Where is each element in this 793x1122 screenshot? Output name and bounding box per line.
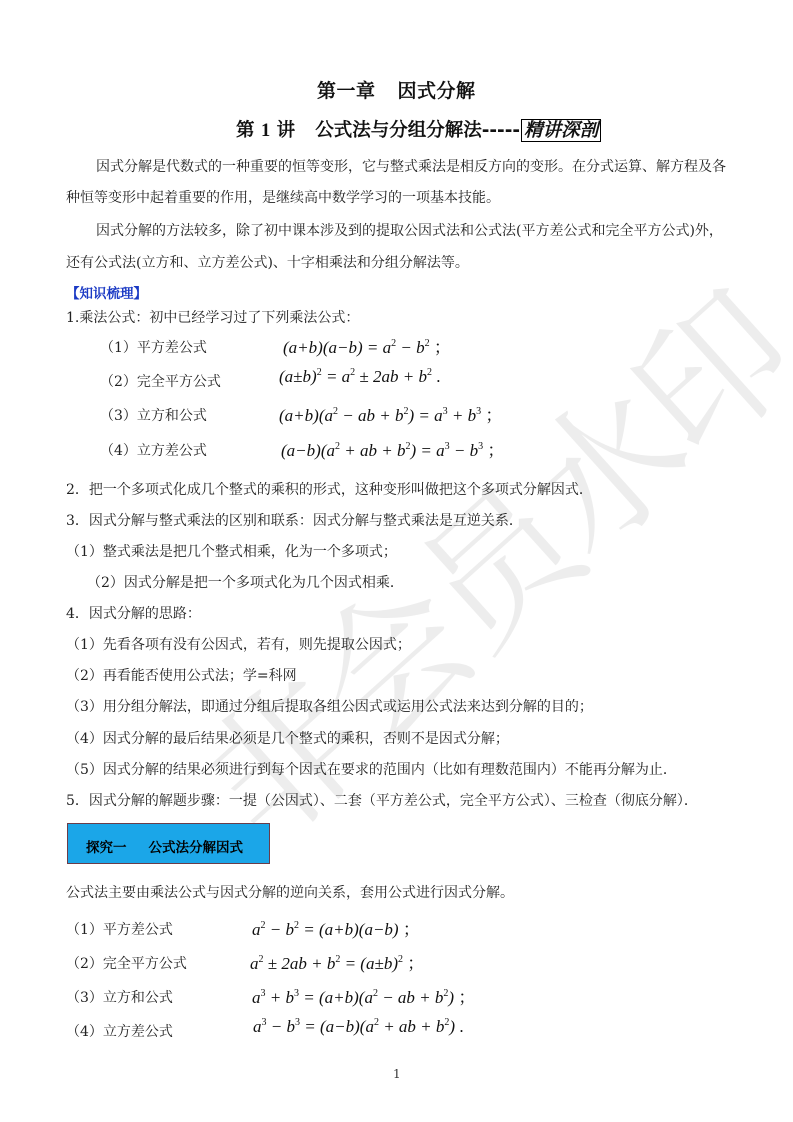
intro-p1-line1: 因式分解是代数式的一种重要的恒等变形，它与整式乘法是相反方向的变形。在分式运算、… bbox=[96, 156, 726, 176]
section-header-label: 探究一公式法分解因式 bbox=[86, 836, 243, 856]
formula-label: （3）立方和公式 bbox=[66, 987, 173, 1007]
section-number: 探究一 bbox=[86, 840, 127, 856]
item2: 2．把一个多项式化成几个整式的乘积的形式，这种变形叫做把这个多项式分解因式． bbox=[66, 479, 593, 499]
chapter-name: 因式分解 bbox=[398, 80, 476, 102]
item4-sub: （5）因式分解的结果必须进行到每个因式在要求的范围内（比如有理数范围内）不能再分… bbox=[66, 759, 677, 779]
section-title: 公式法分解因式 bbox=[149, 840, 244, 856]
lecture-main-title: 公式法与分组分解法----- bbox=[315, 120, 520, 141]
item1-title: 1.乘法公式：初中已经学习过了下列乘法公式： bbox=[66, 307, 359, 327]
item3-title: 3．因式分解与整式乘法的区别和联系：因式分解与整式乘法是互逆关系． bbox=[66, 510, 523, 530]
page-number: 1 bbox=[393, 1067, 401, 1081]
formula-label: （2）完全平方公式 bbox=[100, 371, 221, 391]
formula-expression: (a−b)(a2 + ab + b2) = a3 − b3 ； bbox=[281, 436, 504, 461]
chapter-title: 第一章因式分解 bbox=[317, 76, 476, 103]
formula-expression: a3 + b3 = (a+b)(a2 − ab + b2) ； bbox=[252, 983, 475, 1008]
formula-expression: (a+b)(a−b) = a2 − b2 ； bbox=[283, 333, 451, 358]
formula-label: （1）平方差公式 bbox=[100, 337, 207, 357]
item4-sub: （1）先看各项有没有公因式，若有，则先提取公因式； bbox=[66, 634, 411, 654]
formula-label: （3）立方和公式 bbox=[100, 405, 207, 425]
knowledge-heading: 【知识梳理】 bbox=[66, 282, 147, 302]
item4-title: 4．因式分解的思路： bbox=[66, 603, 201, 623]
lecture-prefix: 第 bbox=[236, 120, 255, 141]
formula-label: （4）立方差公式 bbox=[100, 440, 207, 460]
lecture-tag: 精讲深剖 bbox=[521, 119, 601, 142]
formula-label: （1）平方差公式 bbox=[66, 919, 173, 939]
formula-label: （4）立方差公式 bbox=[66, 1021, 173, 1041]
lecture-title: 第 1 讲公式法与分组分解法-----精讲深剖 bbox=[236, 116, 601, 142]
formula-expression: a2 − b2 = (a+b)(a−b) ； bbox=[252, 915, 420, 940]
lecture-suffix: 讲 bbox=[277, 120, 296, 141]
item4-sub: （2）再看能否使用公式法；学=科网 bbox=[66, 665, 297, 685]
intro-p1-line2: 种恒等变形中起着重要的作用，是继续高中数学学习的一项基本技能。 bbox=[66, 187, 500, 207]
intro-p2-line2: 还有公式法(立方和、立方差公式)、十字相乘法和分组分解法等。 bbox=[66, 252, 469, 272]
item3-sub1: （1）整式乘法是把几个整式相乘，化为一个多项式； bbox=[66, 541, 397, 561]
item4-sub: （4）因式分解的最后结果必须是几个整式的乘积，否则不是因式分解； bbox=[66, 728, 509, 748]
document-page: 非会员水印 第一章因式分解 第 1 讲公式法与分组分解法-----精讲深剖 因式… bbox=[0, 0, 793, 1122]
formula-expression: (a+b)(a2 − ab + b2) = a3 + b3 ； bbox=[279, 401, 502, 426]
formula-label: （2）完全平方公式 bbox=[66, 953, 187, 973]
chapter-number: 第一章 bbox=[317, 80, 376, 102]
intro-p2-line1: 因式分解的方法较多，除了初中课本涉及到的提取公因式法和公式法(平方差公式和完全平… bbox=[96, 220, 723, 240]
lecture-number: 1 bbox=[261, 121, 270, 141]
formula-expression: (a±b)2 = a2 ± 2ab + b2 . bbox=[279, 367, 441, 387]
section1-intro: 公式法主要由乘法公式与因式分解的逆向关系，套用公式进行因式分解。 bbox=[66, 882, 514, 902]
section-header-box: 探究一公式法分解因式 bbox=[67, 823, 270, 864]
item4-sub: （3）用分组分解法，即通过分组后提取各组公因式或运用公式法来达到分解的目的； bbox=[66, 696, 593, 716]
formula-expression: a3 − b3 = (a−b)(a2 + ab + b2) . bbox=[253, 1017, 464, 1037]
formula-expression: a2 ± 2ab + b2 = (a±b)2 ； bbox=[250, 949, 424, 974]
item3-sub2: （2）因式分解是把一个多项式化为几个因式相乘． bbox=[87, 572, 404, 592]
item5: 5．因式分解的解题步骤：一提（公因式）、二套（平方差公式，完全平方公式）、三检查… bbox=[66, 790, 698, 810]
